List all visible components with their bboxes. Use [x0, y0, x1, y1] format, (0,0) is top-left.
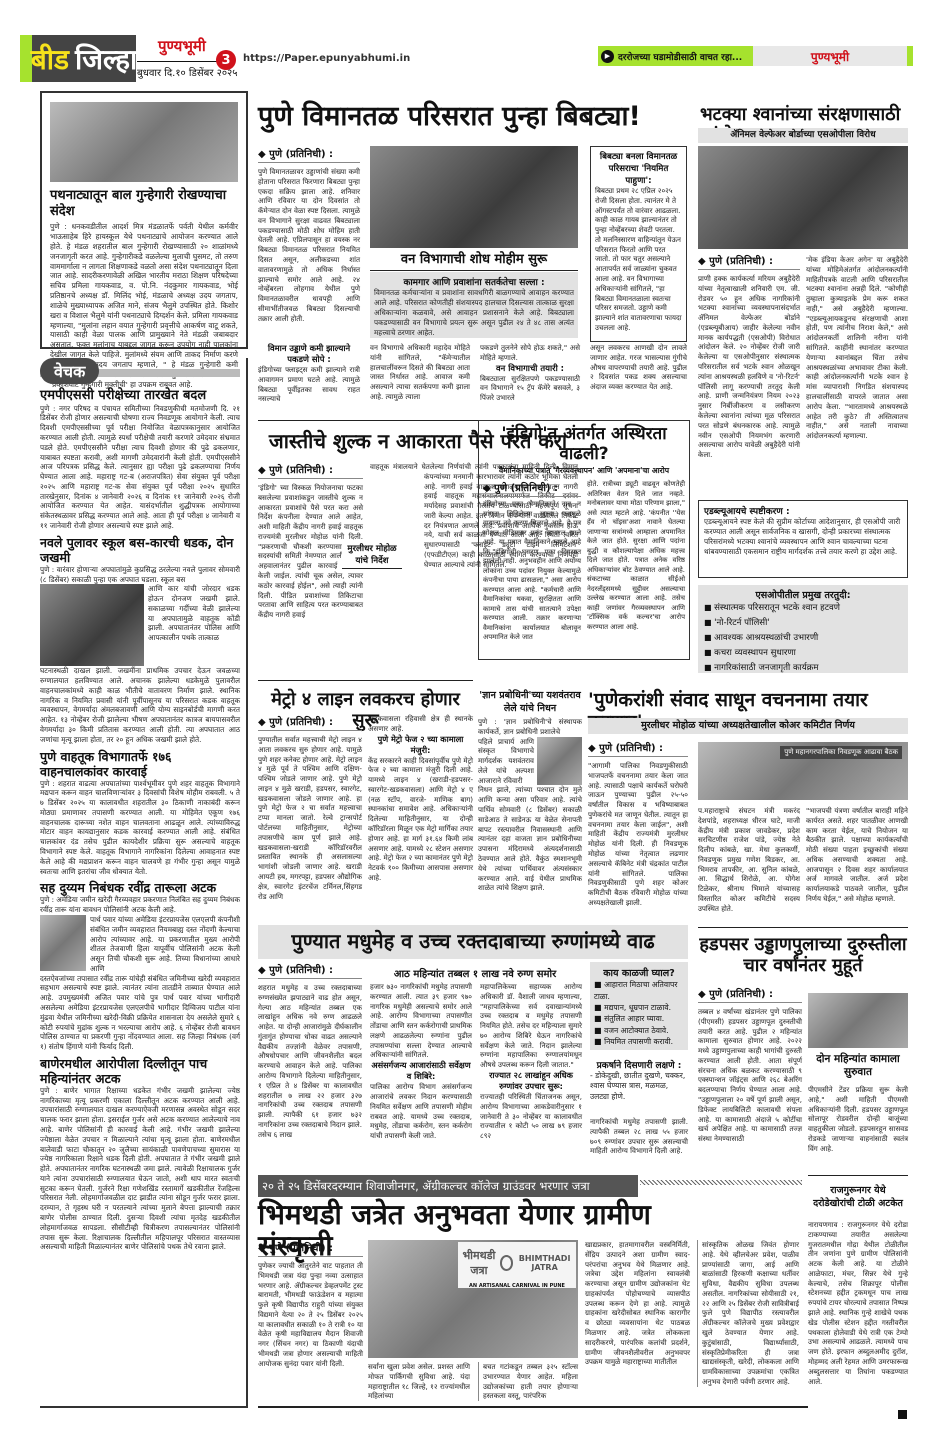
jatra-col5: सांस्कृतिक ओळख जिवंत होणार आहे. येथे व्ह…	[697, 1240, 799, 1387]
play-icon: ▶	[601, 50, 614, 63]
diabetes-col3b-body: राज्यातही परिस्थिती चिंताजनक असून, आरोग्…	[480, 1092, 582, 1141]
subhead: विमान उड्डाणे कमी झाल्याने पकडणे सोपे :	[258, 343, 360, 365]
indigo-box: 'इंडिगो'त अंतर्गत अस्थिरता वाढली? वैमानि…	[478, 420, 690, 660]
dateline: ◆ पुणे (प्रतिनिधी) :	[698, 986, 802, 1003]
diabetes-col2-body: हजार ७३० नागरिकांची मधुमेह तपासणी करण्या…	[370, 982, 472, 1060]
meeting-banner: पुणे महानगरपालिका निवडणूक आढावा बैठक	[780, 746, 902, 759]
subhead: असंसर्गजन्य आजारांसाठी सर्वेक्षण व शिबिर…	[370, 1060, 472, 1082]
dateline-text: पुणे (प्रतिनिधी) :	[269, 717, 333, 728]
promo-brand-logo: पुण्यभूमी	[811, 48, 849, 65]
photo-caption: वन विभागाची शोध मोहीम सुरू	[370, 252, 578, 271]
epaper-link[interactable]: https://Paper.epunyabhumi.in	[243, 53, 410, 64]
dogs-subheadline: ॲनिमल वेल्फेअर बोर्डाच्या एसओपीला विरोध	[698, 128, 908, 143]
section-title-part1: बीड	[31, 40, 69, 78]
provisions-box: एसओपीतील प्रमुख तरतुदी: संस्थात्मक परिसर…	[698, 585, 908, 673]
dateline-text: पुणे (प्रतिनिधी) :	[269, 1243, 333, 1254]
leopard-col3-body: पकडणे तुलनेने सोपे होऊ शकते," असे मोहिते…	[480, 343, 580, 363]
care-item: नियमित तपासणी करावी.	[594, 1036, 684, 1048]
clarification-title: एडब्ल्यूआयचे स्पष्टीकरण :	[704, 504, 902, 517]
section-divider	[258, 1406, 808, 1408]
briefs-column: वेचक एमपीएससी परीक्षेच्या तारखेत बदल पुण…	[40, 358, 248, 1408]
subhead: पुणे मेट्रो फेज २ च्या कामाला मंजुरी:	[368, 734, 473, 756]
clarification-box: एडब्ल्यूआयचे स्पष्टीकरण : एडब्ल्यूआयने स…	[698, 500, 908, 578]
flyover-photo	[808, 993, 908, 1048]
sidebar-title: बिबट्या बनला विमानतळ परिसराचा 'नियमित पा…	[595, 150, 682, 186]
section-title-part2: जिल्हा	[75, 40, 137, 78]
care-title: काय काळजी घ्याल?	[594, 966, 684, 979]
street-play-photo	[50, 102, 238, 182]
jatra-col2: सर्वांना खुला प्रवेश असेल. प्रशस्त आणि म…	[368, 1362, 470, 1401]
advisory-body: विमानतळ कर्मचाऱ्यांना व प्रवाशांना सावधग…	[374, 288, 574, 338]
jatra-poster-photo: भीमथडी जत्रा BHIMTHADI JATRA AN ARTISANA…	[368, 1240, 578, 1358]
robbery-headline: राजगुरूनगर येथे दरोडेखोरांची टोळी अटकेत	[808, 1183, 908, 1209]
hatch-rule	[640, 1180, 802, 1185]
ticker-text: दररोजच्या घडामोडीसाठी वाचत रहा...	[618, 50, 742, 63]
lead-story-box: पथनाट्यातून बाल गुन्हेगारी रोखण्याचा संद…	[40, 91, 248, 349]
end-mark-icon	[898, 1410, 907, 1419]
dogs-col1: ◆ पुणे (प्रतिनिधी) : प्राणी हक्क कार्यकर…	[698, 253, 800, 460]
brief-body: घटनास्थळी दाखल झाली. जखमींना प्राथमिक उप…	[40, 666, 240, 744]
manifesto-col2: प.महाराष्ट्राचे संघटन मंत्री मकरंद देशपा…	[698, 806, 800, 914]
manifesto-subheadline: मुरलीधर मोहोळ यांच्या अध्यक्षतेखालील कोअ…	[588, 718, 908, 734]
dogs-body: प्राणी हक्क कार्यकर्त्या मरियम अबुहैदेरी…	[698, 274, 800, 460]
manifesto-body: "आगामी पालिका निवडणुकीसाठी भाजपतर्फे वचन…	[588, 761, 688, 908]
brief-body: पुणे : बाणेर भागात रिक्षाच्या धडकेत गंभी…	[40, 1086, 240, 1252]
dateline: ◆ पुणे (प्रतिनिधी) :	[258, 962, 362, 979]
subhead: वन विभागाची तयारी :	[480, 363, 580, 374]
subhead-body: इंडिगोच्या फ्लाइट्स कमी झाल्याने रात्री …	[258, 365, 360, 404]
dateline: ◆ पुणे (प्रतिनिधी) :	[588, 740, 688, 757]
dateline: ◆ पुणे (प्रतिनिधी) :	[258, 146, 360, 163]
brief-headline: बाणेरमधील आरोपीला दिल्लीतून पाच महिन्यां…	[40, 1056, 240, 1086]
jatra-kicker: २० ते २५ डिसेंबरदरम्यान शिवाजीनगर, ॲग्री…	[258, 1175, 638, 1197]
care-item: वजन आटोक्यात ठेवावे.	[594, 1025, 684, 1037]
promo-banner: पुण्यभूमी	[753, 46, 913, 66]
obituary-portrait	[537, 737, 582, 785]
dateline-text: पुणे (प्रतिनिधी) :	[599, 743, 663, 754]
leopard-sidebar: बिबट्या बनला विमानतळ परिसराचा 'नियमित पा…	[590, 146, 687, 342]
dateline: ◆ पुणे (प्रतिनिधी) :	[483, 480, 581, 497]
leopard-col3: पकडणे तुलनेने सोपे होऊ शकते," असे मोहिते…	[480, 343, 580, 403]
metro-body: पुण्यातील सर्वात महत्त्वाची मेट्रो लाइन …	[258, 735, 362, 901]
obituary-headline: 'ज्ञान प्रबोधिनी'च्या यशवंतराव लेले यांच…	[478, 688, 582, 714]
dateline-text: पुणे (प्रतिनिधी) :	[494, 483, 558, 494]
brief-media-row: पार्थ पवार यांच्या अमेडिया इंटरप्रायजेस …	[40, 915, 240, 974]
section-tag: वेचक	[40, 358, 99, 384]
brief-body: पुणे : शहरात वाढत्या अपघातांच्या पार्श्व…	[40, 779, 240, 877]
protest-photo	[698, 146, 908, 249]
provisions-title: एसओपीतील प्रमुख तरतुदी:	[704, 588, 902, 601]
brief-headline: पुणे वाहतूक विभागातर्फे १७६ वाहनचालकांवर…	[40, 749, 240, 779]
jatra-col1: ◆ पुणे (प्रतिनिधी) : पुणेकर ज्याची आतुरत…	[258, 1240, 363, 1369]
care-item: मद्यपान, धूम्रपान टाळावे.	[594, 1002, 684, 1014]
leopard-airplane-photo	[370, 146, 578, 248]
metro-col1: ◆ पुणे (प्रतिनिधी) : पुण्यातील सर्वात मह…	[258, 714, 362, 901]
metro-col2: खडकवासला रहिवासी क्षेत्र ही स्थानके असणा…	[368, 714, 473, 883]
section-divider	[258, 680, 473, 681]
brief-headline: सह दुय्यम निबंधक रवींद्र तारूला अटक	[40, 880, 240, 895]
section-divider	[808, 1175, 908, 1176]
meeting-photo: पुणे महानगरपालिका निवडणूक आढावा बैठक	[698, 742, 908, 800]
diabetes-col3: महापालिकेच्या सहाय्यक आरोग्य अधिकारी डॉ.…	[480, 982, 582, 1141]
sidebar-body: बिबट्या प्रथम २८ एप्रिल २०२५ रोजी दिसला …	[595, 186, 682, 333]
provision-item: नागरिकांसाठी जनजागृती कार्यक्रम	[704, 661, 902, 676]
indigo-columns: ◆ पुणे (प्रतिनिधी) : इंडिगोच्या एका वैमा…	[483, 480, 685, 643]
poster-title-row: भीमथडी जत्रा BHIMTHADI JATRA	[458, 1248, 576, 1278]
dateline-text: पुणे (प्रतिनिधी) :	[269, 465, 333, 476]
brief-body: पुणे : वारंवार होणाऱ्या अपघातांमुळे कुप्…	[40, 565, 240, 585]
brief-media-row: आणि कार यांची जोरदार धडक होऊन दोनजण जखमी…	[40, 584, 240, 666]
diabetes-col1: ◆ पुणे (प्रतिनिधी) : शहरात मधुमेह व उच्च…	[258, 962, 362, 1140]
care-list: आहारात मिठाचा अतिवापर टाळा. मद्यपान, धूम…	[594, 979, 684, 1048]
obituary-body-side: पहिले प्राचार्य आणि संस्कृत विभागाचे मार…	[478, 737, 534, 786]
lead-headline: पथनाट्यातून बाल गुन्हेगारी रोखण्याचा संद…	[50, 188, 238, 219]
dateline: ◆ पुणे (प्रतिनिधी) :	[698, 253, 800, 270]
dateline-text: पुणे (प्रतिनिधी) :	[269, 965, 333, 976]
indigo-body: इंडिगोच्या एका वैमानिकाने नाव न सांगता ल…	[483, 500, 581, 643]
dateline-text: पुणे (प्रतिनिधी) :	[709, 989, 773, 1000]
clarification-body: एडब्ल्यूआयने स्पष्ट केले की सुप्रीम कोर्…	[704, 517, 902, 557]
leopard-col2: वन विभागाचे अधिकारी महादेव मोहिते यांनी …	[370, 343, 470, 402]
dogs-col2: 'मेक इंडिया केअर अगेन' या अबुहैदेरी यांच…	[806, 255, 908, 441]
section-tag-row: वेचक	[40, 358, 240, 384]
obituary-media-row: पहिले प्राचार्य आणि संस्कृत विभागाचे मार…	[478, 737, 582, 786]
diabetes-headline: पुण्यात मधुमेह व उच्च रक्तदाबाच्या रुग्ण…	[258, 930, 688, 953]
flyover-col2: पीएमसीने टेंडर प्रक्रिया सुरू केली आहे,"…	[808, 1085, 908, 1153]
brief-body-side: पार्थ पवार यांच्या अमेडिया इंटरप्रायजेस …	[90, 915, 240, 974]
symptoms-title: प्रकर्षाने दिसणारी लक्षणे :	[590, 1058, 688, 1071]
care-item: आहारात मिठाचा अतिवापर टाळा.	[594, 979, 684, 1002]
leopard-sub1: विमान उड्डाणे कमी झाल्याने पकडणे सोपे : …	[258, 343, 360, 404]
brief-headline: नवले पुलावर स्कूल बस-कारची धडक, दोन जखमी	[40, 535, 240, 565]
poster-tagline: AN ARTISANAL CARNIVAL IN PUNE	[458, 1283, 576, 1289]
diabetes-subheadline: आठ महिन्यांत तब्बल १ लाख नवे रुग्ण समोर	[370, 966, 580, 980]
leopard-col1: ◆ पुणे (प्रतिनिधी) : पुणे विमानतळावर उड्…	[258, 146, 360, 324]
symptoms-text: - डोकेदुखी, छातीत दुखणे, चक्कर, श्वास घे…	[590, 1071, 688, 1102]
indigo-subheadline: वैमानिकाच्या पत्रात 'गैरव्यवस्थापन' आणि …	[483, 466, 685, 476]
provision-item: कचरा व्यवस्थापन सुधारणा	[704, 646, 902, 661]
metro-col2-top: खडकवासला रहिवासी क्षेत्र ही स्थानके असणा…	[368, 714, 473, 734]
care-box: काय काळजी घ्याल? आहारात मिठाचा अतिवापर ट…	[590, 962, 688, 1050]
page-number-badge: 3	[216, 50, 236, 70]
advisory-title: कामगार आणि प्रवाशांना सतर्कतेचा सल्ला :	[374, 275, 574, 288]
poster-right: BHIMTHADI JATRA	[513, 1254, 576, 1272]
obituary-body: निधन झाले, त्यांच्या पश्चात दोन मुले आणि…	[478, 785, 582, 893]
indigo-col1: ◆ पुणे (प्रतिनिधी) : इंडिगोच्या एका वैमा…	[483, 480, 581, 643]
symptoms-box: प्रकर्षाने दिसणारी लक्षणे : - डोकेदुखी, …	[590, 1058, 688, 1102]
indigo-col2: होते. रात्रीच्या ड्यूटी वाढवून कोणतेही अ…	[587, 480, 685, 643]
brief-body: दस्तऐवजांच्या तपासात रवींद्र तारू यांचेह…	[40, 974, 240, 1052]
subhead-body: बिबट्याला सुरक्षितपणे पकडण्यासाठी वन विभ…	[480, 374, 580, 403]
metro-col2-body: केंद्र सरकारने काही दिवसांपूर्वीच पुणे म…	[368, 756, 473, 883]
leopard-body: पुणे विमानतळावर उड्डाणांची संख्या कमी हो…	[258, 167, 360, 324]
obituary-body-top: पुणे : 'ज्ञान प्रबोधिनी'चे संस्थापक कार्…	[478, 717, 582, 737]
section-title-block: बीड जिल्हा	[32, 35, 136, 82]
obituary: 'ज्ञान प्रबोधिनी'च्या यशवंतराव लेले यांच…	[478, 688, 582, 893]
diabetes-col2: हजार ७३० नागरिकांची मधुमेह तपासणी करण्या…	[370, 982, 472, 1141]
diabetes-col2b-body: पालिका आरोग्य विभाग असंसर्गजन्य आजारांचे…	[370, 1082, 472, 1141]
flyover-caption: दोन महिन्यांत कामाला सुरुवात	[808, 1053, 908, 1078]
accident-photo	[40, 584, 144, 666]
jatra-col4: खाद्यप्रकार, हातमागावरील वस्त्रनिर्मिती,…	[585, 1240, 690, 1367]
advisory-box: कामगार आणि प्रवाशांना सतर्कतेचा सल्ला : …	[370, 272, 578, 338]
masthead-rule	[137, 61, 217, 62]
robbery-body: नारायणगाव : राजगुरूनगर येथे दरोडा टाकण्य…	[808, 1220, 908, 1386]
brief-body-side: आणि कार यांची जोरदार धडक होऊन दोनजण जखमी…	[148, 584, 240, 666]
leopard-col4: असून लवकरच आणखी दोन लावले जाणार आहेत. गर…	[590, 343, 687, 392]
provision-item: आवश्यक आश्रयस्थळांची उभारणी	[704, 631, 902, 646]
dateline: ◆ पुणे (प्रतिनिधी) :	[258, 462, 363, 479]
diabetes-col3-body: महापालिकेच्या सहाय्यक आरोग्य अधिकारी डॉ.…	[480, 982, 582, 1070]
brief-body: पुणे : अमेडिया जमीन खरेदी गैरव्यवहार प्र…	[40, 895, 240, 915]
brief-headline: एमपीएससी परीक्षेच्या तारखेत बदल	[40, 388, 240, 404]
section-divider	[698, 927, 908, 928]
provisions-list: संस्थात्मक परिसरातून भटके श्वान हटवणे 'न…	[704, 601, 902, 676]
poster-emblem-icon	[500, 1255, 513, 1271]
leopard-headline: पुणे विमानतळ परिसरात पुन्हा बिबट्या!	[258, 102, 688, 132]
flyover-body: तब्बल ४ वर्षांच्या खंडानंतर पुणे पालिका …	[698, 1007, 802, 1144]
accused-portrait	[40, 915, 86, 971]
brand-logo: पुण्यभूमी	[158, 36, 206, 56]
dateline: ◆ पुणे (प्रतिनिधी) :	[258, 1240, 363, 1257]
ticker-bar[interactable]: ▶ दररोजच्या घडामोडीसाठी वाचत रहा...	[598, 46, 753, 66]
dateline-text: पुणे (प्रतिनिधी) :	[709, 256, 773, 267]
care-item: संतुलित आहार घ्यावा.	[594, 1013, 684, 1025]
flyover-headline: हडपसर उड्डाणपुलाच्या दुरुस्तीला चार वर्ष…	[698, 935, 908, 976]
jatra-body: पुणेकर ज्याची आतुरतेने वाट पाहतात ती भिम…	[258, 1261, 363, 1369]
indigo-headline: 'इंडिगो'त अंतर्गत अस्थिरता वाढली?	[483, 425, 685, 464]
brief-body: पुणे : नगर परिषद व पंचायत समितीच्या निवड…	[40, 404, 240, 531]
provision-item: 'नो-रिटर्न पॉलिसी'	[704, 616, 902, 631]
subhead: राज्यात २८ लाखांहून अधिक रुग्णांवर उपचार…	[480, 1070, 582, 1092]
jatra-poster-card: भीमथडी जत्रा BHIMTHADI JATRA AN ARTISANA…	[458, 1242, 576, 1288]
diabetes-body: शहरात मधुमेह व उच्च रक्तदाबाच्या रुग्णसं…	[258, 983, 362, 1140]
manifesto-col3: "भाजपची यंत्रणा वर्षातील बाराही महिने का…	[806, 806, 908, 904]
jatra-col3: बचत गटांकडून तब्बल ३२५ स्टॉल्स उभारण्यात…	[478, 1362, 578, 1401]
provision-item: संस्थात्मक परिसरातून भटके श्वान हटवणे	[704, 601, 902, 616]
manifesto-col1: ◆ पुणे (प्रतिनिधी) : "आगामी पालिका निवडण…	[588, 740, 688, 908]
dateline: ◆ पुणे (प्रतिनिधी) :	[258, 714, 362, 731]
diabetes-col4: नागरिकांची मधुमेह तपासणी झाली. त्यापैकी …	[590, 1117, 688, 1156]
dateline-text: पुणे (प्रतिनिधी) :	[269, 149, 333, 160]
poster-left: भीमथडी जत्रा	[458, 1248, 500, 1278]
flyover-col1: ◆ पुणे (प्रतिनिधी) : तब्बल ४ वर्षांच्या …	[698, 986, 802, 1144]
